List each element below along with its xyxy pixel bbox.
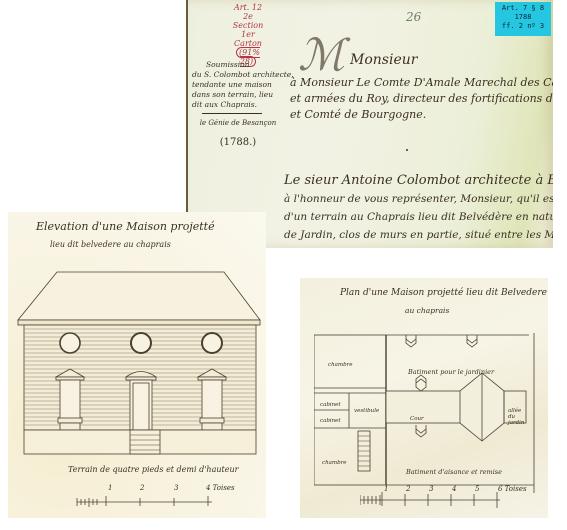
stamp-line: ff. 2 nº 3: [495, 22, 551, 31]
salutation: ℳ Monsieur: [298, 30, 345, 81]
scale-tick-label: 3: [174, 484, 178, 492]
room-label-cabinet: cabinet: [320, 418, 341, 424]
scale-tick-label: 6 Toises: [498, 485, 527, 493]
room-label-allee: allée du jardin: [508, 408, 528, 426]
margin-note-place: le Génie de Besançon: [192, 118, 284, 128]
scale-tick-label: 1: [108, 484, 112, 492]
margin-note-line: Soumission: [192, 60, 284, 70]
body-line: à l'honneur de vous représenter, Monsieu…: [284, 190, 553, 208]
address-line: et Comté de Bourgogne.: [290, 107, 553, 123]
margin-note-line: du S. Colombot architecte,: [192, 70, 284, 80]
elevation-drawing-sheet: Elevation d'une Maison projetté lieu dit…: [8, 212, 266, 518]
elevation-caption: Terrain de quatre pieds et demi d'hauteu…: [68, 465, 238, 474]
house-elevation-illustration: [12, 270, 262, 460]
scale-tick-label: 1: [384, 485, 388, 493]
floor-plan-sheet: Plan d'une Maison projetté lieu dit Belv…: [300, 278, 548, 518]
divider: [202, 113, 262, 114]
scale-tick-label: 4 Toises: [206, 484, 235, 492]
room-label-chambre: chambre: [322, 460, 347, 466]
plan-subtitle: au chaprais: [405, 306, 449, 315]
margin-note-line: dit aux Chaprais.: [192, 100, 284, 110]
room-label-batiment-jardinier: Batiment pour le jardinier: [408, 368, 494, 376]
salutation-word: Monsieur: [350, 52, 417, 68]
archive-stamp: Art. 7 § 8 1788 ff. 2 nº 3: [495, 2, 551, 36]
document-year: (1788.): [192, 138, 284, 148]
plan-title: Plan d'une Maison projetté lieu dit Belv…: [340, 288, 547, 298]
room-label-cabinet: cabinet: [320, 402, 341, 408]
body-line: Le sieur Antoine Colombot architecte à B…: [284, 172, 553, 190]
archive-mark-article: Art. 12: [228, 3, 268, 12]
archive-mark-carton: 1er Carton: [228, 30, 268, 48]
letter-body: Le sieur Antoine Colombot architecte à B…: [284, 172, 553, 244]
scale-tick-label: 2: [140, 484, 144, 492]
margin-note-line: tendante une maison: [192, 80, 284, 90]
body-line: de Jardin, clos de murs en partie, situé…: [284, 226, 553, 244]
flourish-initial: ℳ: [298, 30, 345, 81]
stamp-line: Art. 7 § 8: [495, 4, 551, 13]
archive-mark-section: 2e Section: [228, 12, 268, 30]
scale-tick-label: 5: [475, 485, 479, 493]
elevation-subtitle: lieu dit belvedere au chaprais: [50, 240, 171, 249]
stamp-line: 1788: [495, 13, 551, 22]
margin-notes: Soumission du S. Colombot architecte, te…: [192, 60, 284, 148]
room-label-chambre: chambre: [328, 362, 353, 368]
scale-tick-label: 2: [406, 485, 410, 493]
elevation-scale-bar: [72, 474, 252, 514]
archive-marks: Art. 12 2e Section 1er Carton (91% 28): [228, 3, 268, 66]
scale-tick-label: 3: [429, 485, 433, 493]
room-label-batiment-remise: Batiment d'aisance et remise: [406, 468, 502, 476]
pencil-number: 26: [406, 10, 421, 24]
address-block: à Monsieur Le Comte D'Amale Marechal des…: [290, 75, 553, 123]
room-label-vestibule: vestibule: [354, 408, 379, 414]
address-line: à Monsieur Le Comte D'Amale Marechal des…: [290, 75, 553, 91]
scale-tick-label: 4: [452, 485, 456, 493]
room-label-cour: Cour: [410, 416, 424, 422]
ink-mark: [406, 149, 408, 151]
address-line: et armées du Roy, directeur des fortific…: [290, 91, 553, 107]
margin-note-line: dans son terrain, lieu: [192, 90, 284, 100]
letter-document: Art. 12 2e Section 1er Carton (91% 28) 2…: [186, 0, 553, 248]
body-line: d'un terrain au Chaprais lieu dit Belvéd…: [284, 208, 553, 226]
elevation-title: Elevation d'une Maison projetté: [36, 220, 215, 233]
